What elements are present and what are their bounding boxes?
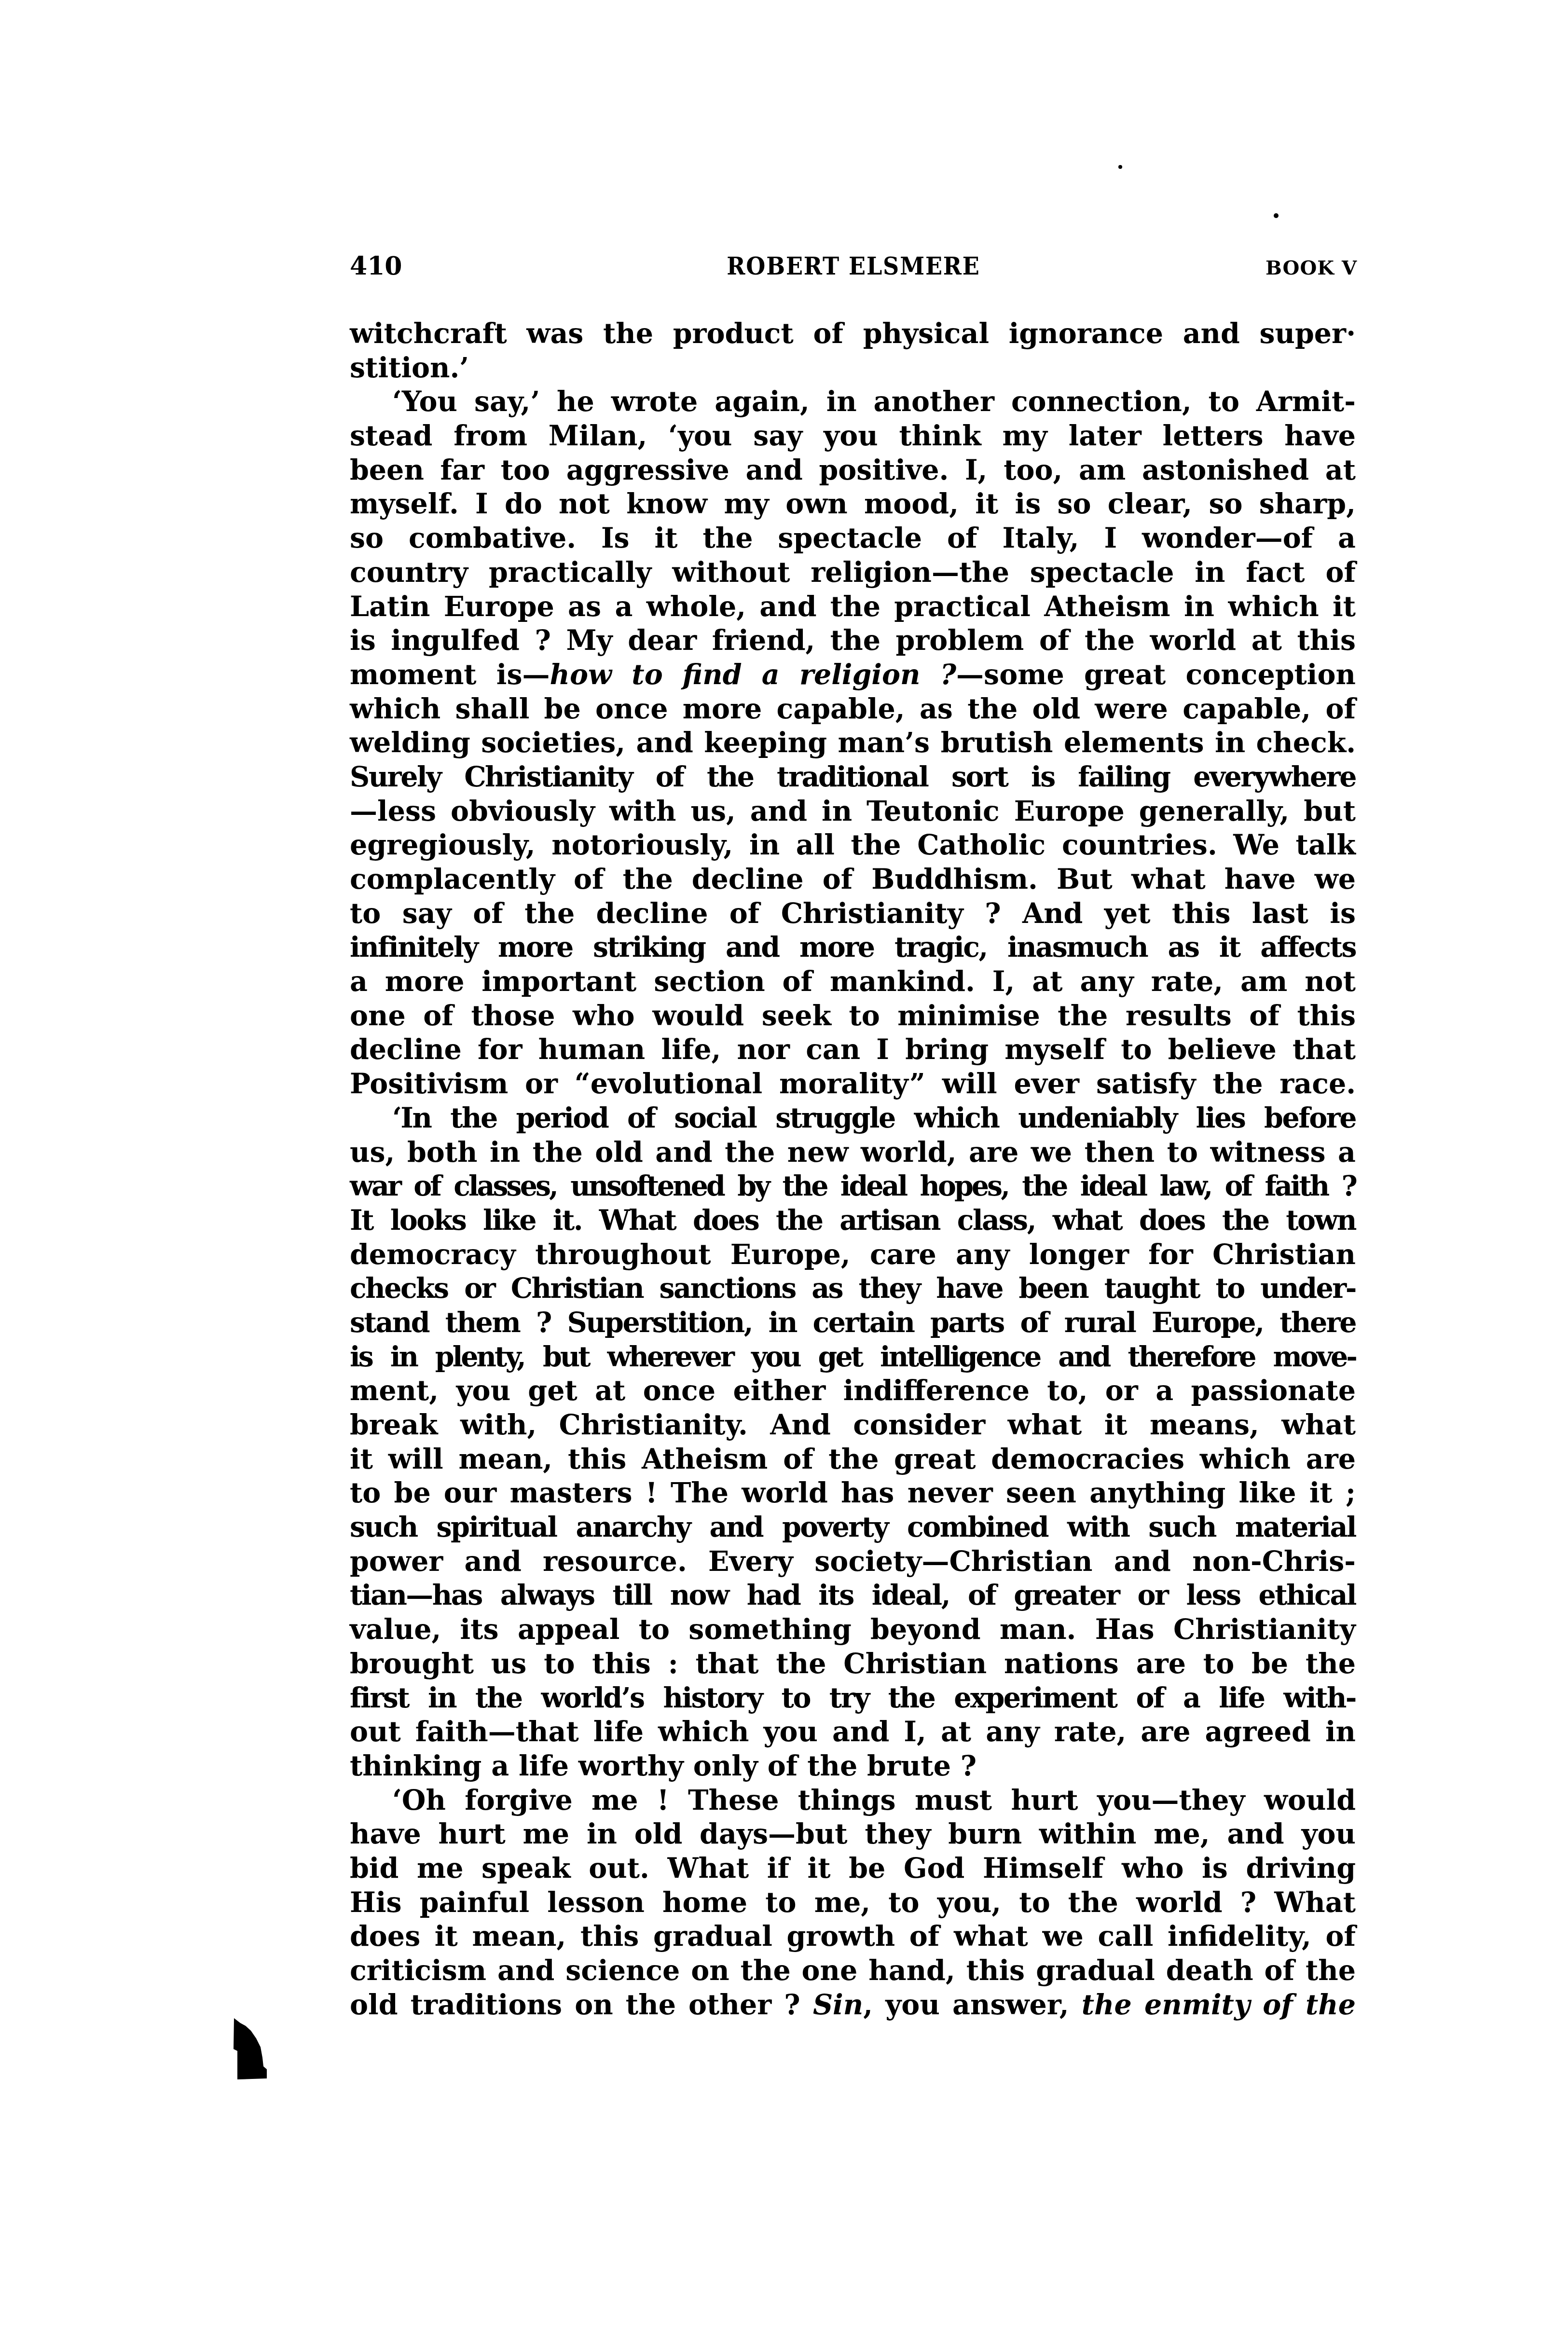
text-line: egregiously, notoriously, in all the Cat…: [350, 828, 1356, 863]
text-line: one of those who would seek to minimise …: [350, 999, 1356, 1033]
text-segment: moment is—: [350, 659, 550, 691]
text-line: have hurt me in old days—but they burn w…: [350, 1817, 1356, 1852]
text-line: is ingulfed ? My dear friend, the proble…: [350, 624, 1356, 658]
text-line: out faith—that life which you and I, at …: [350, 1715, 1356, 1749]
text-line: old traditions on the other ? Sin, you a…: [350, 1988, 1356, 2022]
text-line: such spiritual anarchy and poverty combi…: [350, 1511, 1356, 1545]
text-line: power and resource. Every society—Christ…: [350, 1545, 1356, 1579]
text-line: welding societies, and keeping man’s bru…: [350, 726, 1356, 760]
scan-artifact-wedge-icon: [234, 2018, 278, 2079]
text-line: criticism and science on the one hand, t…: [350, 1954, 1356, 1988]
text-line: decline for human life, nor can I bring …: [350, 1033, 1356, 1067]
text-line: Latin Europe as a whole, and the practic…: [350, 590, 1356, 624]
italic-text: the enmity of the: [1082, 1989, 1356, 2021]
text-line: thinking a life worthy only of the brute…: [350, 1749, 1356, 1784]
text-segment: , you answer,: [863, 1989, 1082, 2021]
text-line: first in the world’s history to try the …: [350, 1681, 1356, 1716]
text-line: brought us to this : that the Christian …: [350, 1647, 1356, 1681]
italic-text: how to find a religion ?: [550, 659, 956, 691]
text-line: It looks like it. What does the artisan …: [350, 1204, 1356, 1238]
text-line: myself. I do not know my own mood, it is…: [350, 487, 1356, 522]
italic-text: Sin: [813, 1989, 863, 2021]
text-line: ‘Oh forgive me ! These things must hurt …: [350, 1784, 1356, 1818]
text-line: ment, you get at once either indifferenc…: [350, 1374, 1356, 1408]
text-line: His painful lesson home to me, to you, t…: [350, 1886, 1356, 1920]
text-line: which shall be once more capable, as the…: [350, 692, 1356, 727]
body-text: witchcraft was the product of physical i…: [350, 317, 1356, 2022]
text-line: Surely Christianity of the traditional s…: [350, 760, 1356, 795]
text-line: checks or Christian sanctions as they ha…: [350, 1272, 1356, 1306]
text-line: to be our masters ! The world has never …: [350, 1476, 1356, 1511]
text-line: value, its appeal to something beyond ma…: [350, 1613, 1356, 1647]
text-line: stead from Milan, ‘you say you think my …: [350, 419, 1356, 454]
book-title: ROBERT ELSMERE: [390, 251, 1317, 282]
text-line: bid me speak out. What if it be God Hims…: [350, 1852, 1356, 1886]
text-line: —less obviously with us, and in Teutonic…: [350, 795, 1356, 829]
text-line: so combative. Is it the spectacle of Ita…: [350, 522, 1356, 556]
text-line: witchcraft was the product of physical i…: [350, 317, 1356, 351]
text-line: us, both in the old and the new world, a…: [350, 1136, 1356, 1170]
text-line: to say of the decline of Christianity ? …: [350, 897, 1356, 931]
scan-speck: [1118, 165, 1122, 169]
text-line: country practically without religion—the…: [350, 556, 1356, 590]
book-page: 410 ROBERT ELSMERE BOOK V witchcraft was…: [0, 0, 1568, 2352]
running-head: 410 ROBERT ELSMERE BOOK V: [350, 251, 1357, 282]
text-line: ‘In the period of social struggle which …: [350, 1101, 1356, 1136]
text-line: infinitely more striking and more tragic…: [350, 931, 1356, 965]
text-line: break with, Christianity. And consider w…: [350, 1408, 1356, 1443]
text-line: tian—has always till now had its ideal, …: [350, 1579, 1356, 1613]
text-segment: —some great conception: [956, 659, 1356, 691]
scan-speck: [1274, 213, 1279, 218]
text-line: stition.’: [350, 351, 1356, 385]
text-line: does it mean, this gradual growth of wha…: [350, 1920, 1356, 1954]
text-line: stand them ? Superstition, in certain pa…: [350, 1306, 1356, 1340]
text-line: Positivism or “evolutional morality” wil…: [350, 1067, 1356, 1101]
text-line: is in plenty, but wherever you get intel…: [350, 1340, 1356, 1375]
text-line: democracy throughout Europe, care any lo…: [350, 1238, 1356, 1272]
book-section-label: BOOK V: [1265, 253, 1357, 284]
text-line: a more important section of mankind. I, …: [350, 965, 1356, 999]
text-line: complacently of the decline of Buddhism.…: [350, 863, 1356, 897]
text-line: moment is—how to find a religion ?—some …: [350, 658, 1356, 692]
text-segment: old traditions on the other ?: [350, 1989, 813, 2021]
text-line: it will mean, this Atheism of the great …: [350, 1443, 1356, 1477]
text-line: war of classes, unsoftened by the ideal …: [350, 1169, 1356, 1204]
text-line: been far too aggressive and positive. I,…: [350, 454, 1356, 488]
text-line: ‘You say,’ he wrote again, in another co…: [350, 385, 1356, 419]
